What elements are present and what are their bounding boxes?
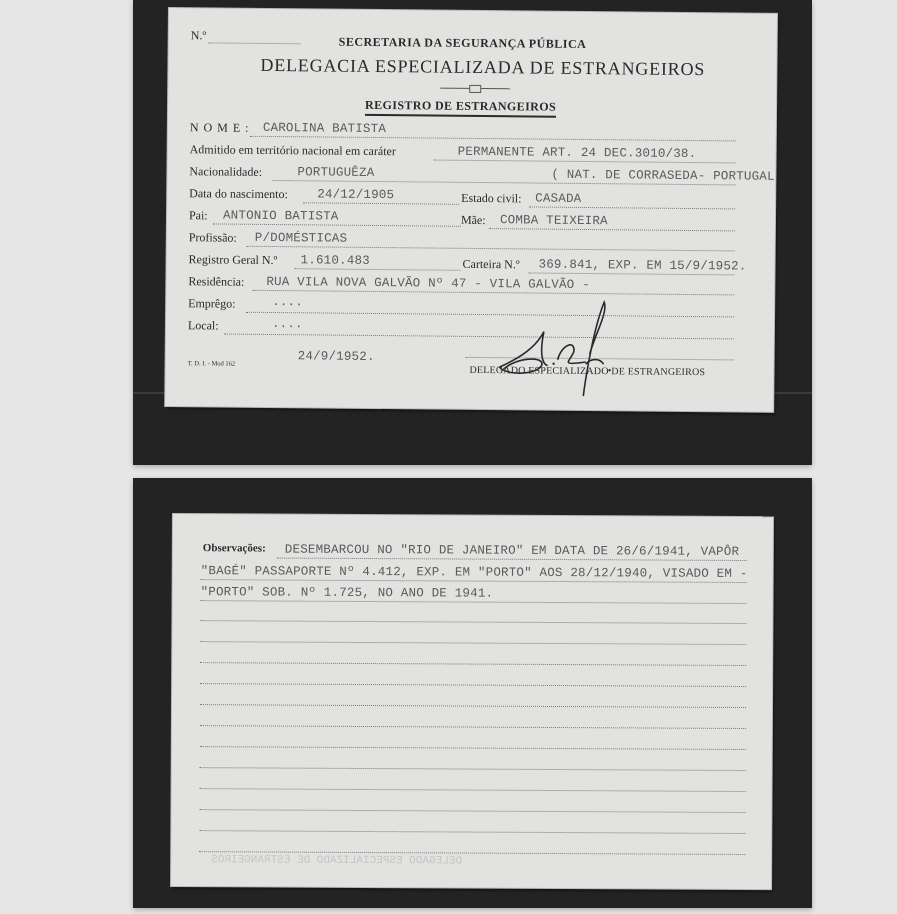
nacionalidade-value: PORTUGUÊZA — [297, 165, 374, 180]
profissao-value: P/DOMÉSTICAS — [255, 231, 348, 246]
registro-geral-label: Registro Geral N.º — [189, 252, 278, 268]
estado-civil-line — [529, 206, 735, 209]
nome-value: CAROLINA BATISTA — [263, 121, 386, 136]
nome-label: N O M E : — [190, 120, 250, 136]
blank-line — [200, 683, 746, 687]
blank-line — [200, 704, 746, 708]
estado-civil-label: Estado civil: — [461, 191, 521, 207]
blank-line — [200, 641, 746, 645]
naturalidade-value: ( NAT. DE CORRASEDA- PORTUGAL — [551, 168, 774, 184]
local-label: Local: — [188, 318, 219, 333]
blank-line — [200, 725, 746, 729]
pai-line — [213, 223, 461, 226]
number-label: N.º — [191, 28, 207, 43]
obs-line-3 — [201, 600, 747, 604]
card-front-scan: N.º SECRETARIA DA SEGURANÇA PÚBLICA DELE… — [133, 0, 812, 465]
observacoes-label: Observações: — [203, 542, 266, 554]
mae-line — [489, 228, 735, 231]
header-ornament — [440, 85, 510, 94]
blank-line — [200, 620, 746, 624]
signature-icon — [495, 291, 636, 402]
header-delegacia: DELEGACIA ESPECIALIZADA DE ESTRANGEIROS — [260, 55, 705, 80]
bleed-through-text: DELEGADO ESPECIALIZADO DE ESTRANGEIROS — [211, 854, 462, 867]
local-value: .... — [272, 317, 303, 331]
observacoes-line-3: "PORTO" SOB. Nº 1.725, NO ANO DE 1941. — [201, 585, 494, 601]
estado-civil-value: CASADA — [535, 192, 581, 206]
observacoes-line-1: DESEMBARCOU NO "RIO DE JANEIRO" EM DATA … — [285, 543, 739, 559]
blank-line — [200, 767, 746, 771]
nascimento-line — [303, 202, 459, 204]
form-code: T. D. I. - Mod 162 — [188, 360, 236, 367]
emprego-value: .... — [272, 295, 303, 309]
card-back-scan: Observações: DESEMBARCOU NO "RIO DE JANE… — [133, 478, 812, 908]
blank-line — [200, 746, 746, 750]
observacoes-line-2: "BAGÉ" PASSAPORTE Nº 4.412, EXP. EM "POR… — [201, 564, 748, 581]
carteira-value: 369.841, EXP. EM 15/9/1952. — [538, 258, 746, 274]
emprego-line — [246, 312, 734, 318]
carteira-label: Carteira N.º — [462, 257, 519, 273]
issue-date: 24/9/1952. — [298, 349, 375, 364]
nascimento-value: 24/12/1905 — [317, 187, 394, 202]
profissao-line — [247, 246, 735, 252]
emprego-label: Emprêgo: — [188, 296, 235, 311]
signature-title: DELEGADO ESPECIALIZADO DE ESTRANGEIROS — [469, 365, 705, 378]
mae-label: Mãe: — [461, 213, 486, 228]
residencia-label: Residência: — [188, 274, 244, 290]
blank-line — [200, 788, 746, 792]
registro-geral-line — [294, 268, 460, 271]
pai-label: Pai: — [189, 208, 208, 223]
blank-line — [199, 809, 745, 813]
mae-value: COMBA TEIXEIRA — [500, 213, 608, 228]
nascimento-label: Data do nascimento: — [189, 186, 288, 202]
nacionalidade-label: Nacionalidade: — [189, 164, 262, 180]
profissao-label: Profissão: — [189, 230, 237, 245]
registro-geral-value: 1.610.483 — [301, 253, 370, 268]
registration-card-front: N.º SECRETARIA DA SEGURANÇA PÚBLICA DELE… — [165, 8, 777, 412]
nome-line — [250, 136, 736, 142]
registration-card-back: Observações: DESEMBARCOU NO "RIO DE JANE… — [171, 514, 773, 889]
blank-line — [199, 830, 745, 834]
header-registro: REGISTRO DE ESTRANGEIROS — [365, 98, 556, 118]
admitido-label: Admitido em território nacional em carát… — [190, 142, 396, 159]
local-line — [224, 334, 734, 340]
header-secretaria: SECRETARIA DA SEGURANÇA PÚBLICA — [339, 35, 587, 52]
pai-value: ANTONIO BATISTA — [223, 209, 339, 224]
admitido-value: PERMANENTE ART. 24 DEC.3010/38. — [458, 145, 697, 161]
number-line — [209, 42, 301, 44]
blank-line — [200, 662, 746, 666]
